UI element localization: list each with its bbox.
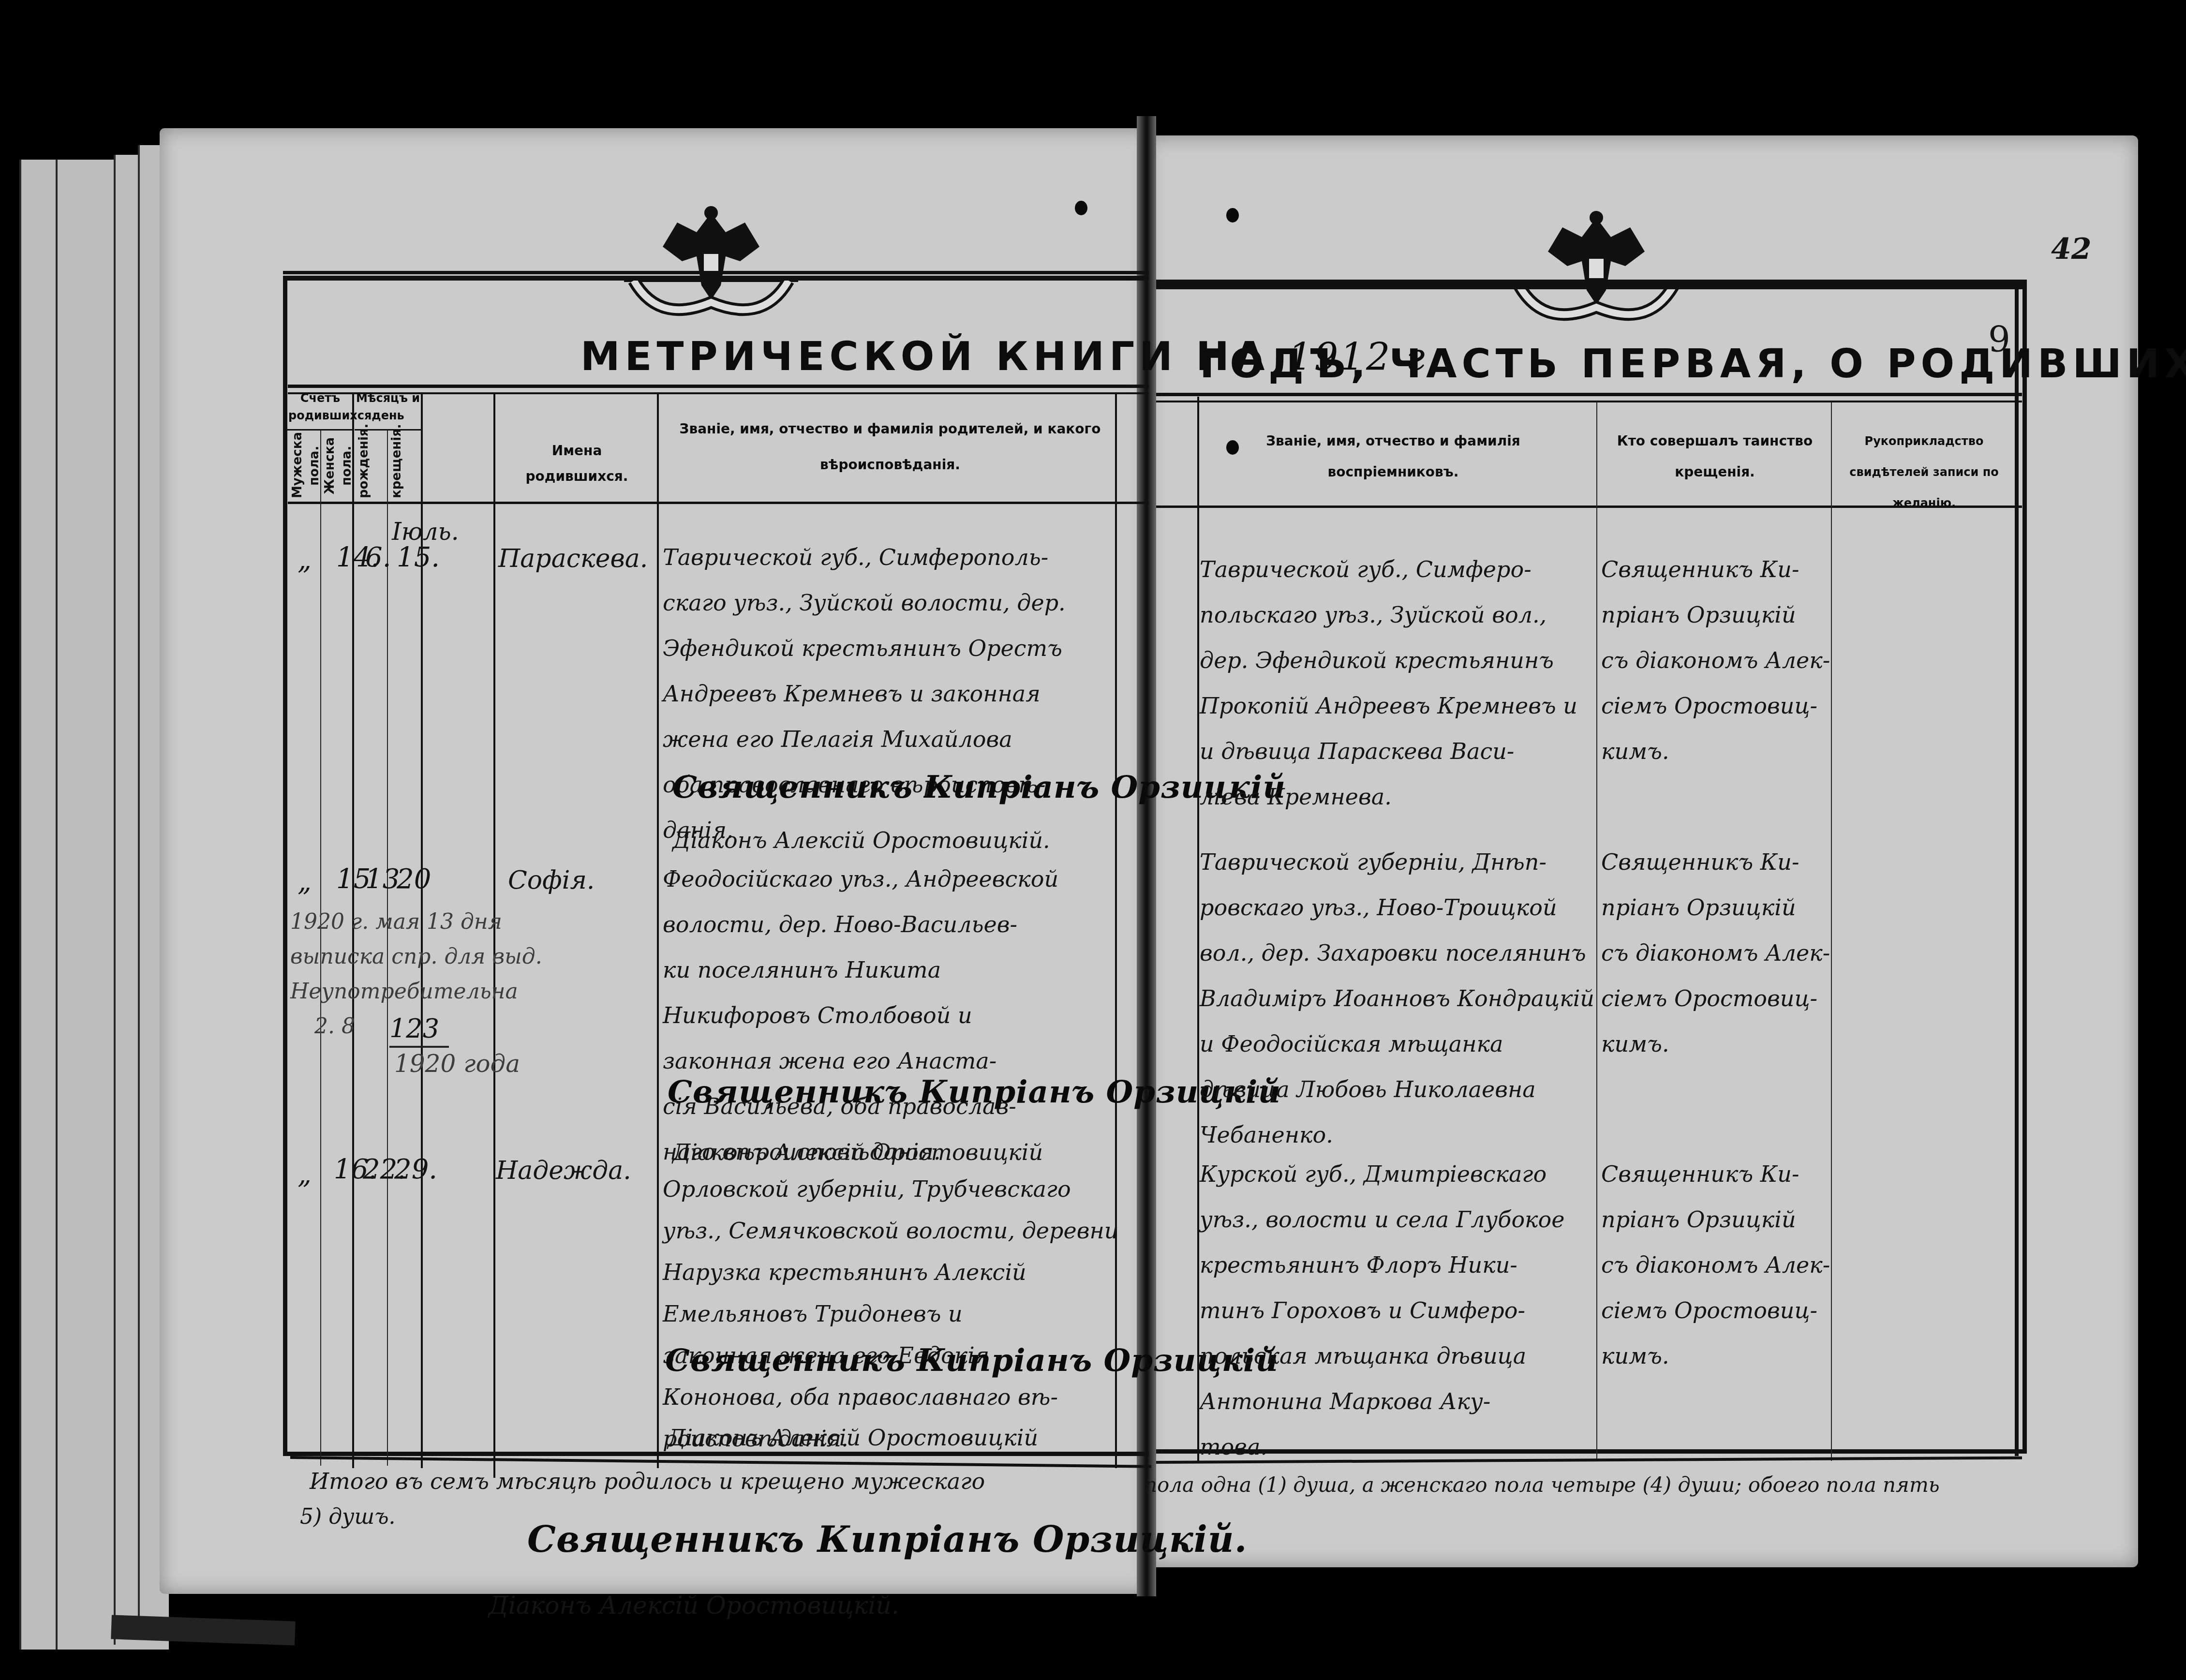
header-bottom-rule-left [288,502,1149,504]
date-born: 13 [365,863,400,895]
deacon-signature: Дiаконъ Алексiй Оростовицкiй [672,1139,1043,1165]
godparents-text: Курской губ., Дмитрiевскаго уѣз., волост… [1200,1151,1564,1470]
col-divider [1197,397,1199,1461]
header-date-group: Мѣсяцъ и день [355,389,421,424]
godparents-text: Таврической губ., Симферо- польскаго уѣз… [1200,547,1577,819]
header-witnesses: Рукоприкладство свидѣтелей записи по жел… [1836,426,2012,519]
officiant-text: Священникъ Ки- прiанъ Орзицкiй съ дiакон… [1601,839,1830,1067]
officiant-text: Священникъ Ки- прiанъ Орзицкiй съ дiакон… [1601,1151,1830,1379]
col-divider [657,394,659,1468]
monthly-summary-left-2: 5) душъ. [300,1504,396,1529]
count-male: „ [297,544,312,576]
binding-hole [1226,440,1239,455]
header-officiant: Кто совершалъ таинство крещенiя. [1606,426,1824,488]
godparents-text: Таврической губернiи, Днѣп- ровскаго уѣз… [1200,839,1594,1158]
date-born: 6. [365,542,391,573]
date-baptized: 20 [397,863,431,895]
priest-signature: Священникъ Кипрiанъ Орзицкiй [665,1342,1279,1379]
archive-folio-note: 42 [2051,232,2092,266]
right-page-title: ГОДЪ, ЧАСТЬ ПЕРВАЯ, О РОДИВШИХСЯ. [1200,341,2186,387]
header-date-birth: рожденiя. [356,433,387,498]
count-male: „ [297,1159,312,1190]
header-parents: Званiе, имя, отчество и фамилiя родителе… [668,411,1113,483]
date-baptized: 29. [394,1154,437,1185]
footer-deacon-signature: Дiаконъ Алексiй Оростовицкiй. [489,1591,899,1620]
margin-note-year: 1920 года [394,1050,520,1078]
header-godparents: Званiе, имя, отчество и фамилiя воспрiем… [1238,426,1548,488]
deacon-signature: Дiаконъ Алексiй Оростовицкiй [668,1425,1038,1451]
priest-signature: Священникъ Кипрiанъ Орзицкiй [672,769,1286,805]
parents-text: Феодосiйскаго уѣз., Андреевской волости,… [663,856,1058,1175]
page-number: 9 [1988,319,2010,360]
header-count-female: Женска пола. [322,433,352,498]
binding-hole [1075,201,1087,215]
date-baptized: 15. [397,542,440,573]
header-count-male: Мужеска пола. [289,433,319,498]
subheader-rule [287,429,352,431]
header-rule-right [1156,393,2022,402]
col-divider [1596,401,1597,1461]
officiant-text: Священникъ Ки- прiанъ Орзицкiй съ дiакон… [1601,547,1830,774]
header-names: Имена родившихся. [498,438,655,489]
child-name: Надежда. [496,1156,631,1185]
col-divider [1831,401,1832,1461]
parents-text: Орловской губернiи, Трубчевскаго уѣз., С… [663,1168,1118,1459]
monthly-summary-right: пола одна (1) душа, а женскаго пола четы… [1144,1473,1940,1497]
header-count-group: Счётъ родившихся. [288,389,352,424]
header-date-baptism: крещенiя. [388,433,419,498]
child-name: Софiя. [508,866,595,895]
margin-note-number: 123 [389,1013,449,1048]
col-divider [2015,285,2019,1456]
footer-priest-signature: Священникъ Кипрiанъ Орзицкiй. [527,1519,1247,1561]
priest-signature: Священникъ Кипрiанъ Орзицкiй [668,1074,1281,1110]
monthly-summary-left: Итого въ семъ мѣсяцѣ родилось и крещено … [310,1468,985,1494]
child-name: Параскева. [498,544,648,573]
binding-hole [1226,208,1239,223]
deacon-signature: Дiаконъ Алексiй Оростовицкiй. [672,827,1050,853]
top-double-rule-right [1156,280,2027,289]
top-double-rule-left [283,271,1149,281]
count-male: „ [297,866,312,897]
